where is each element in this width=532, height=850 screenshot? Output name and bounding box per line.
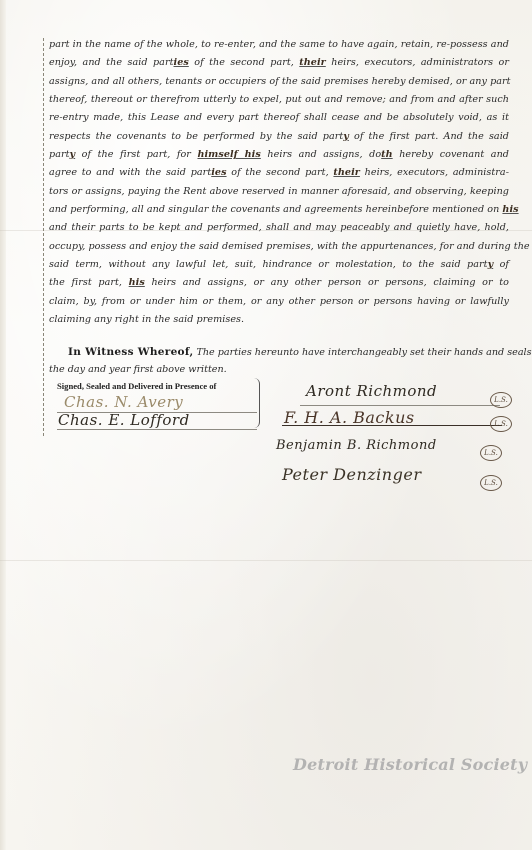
body-line: party of the first part, for himself his… — [49, 146, 509, 164]
seal-ls: L.S. — [490, 392, 512, 408]
printed-text: respects the covenants to be performed b… — [49, 131, 343, 142]
printed-text: heirs and assigns, do — [261, 149, 381, 160]
presence-label: Signed, Sealed and Delivered in Presence… — [57, 381, 216, 391]
body-line: respects the covenants to be performed b… — [49, 128, 509, 146]
body-line: the first part, his heirs and assigns, o… — [49, 274, 509, 292]
printed-text: occupy, possess and enjoy the said demis… — [49, 241, 530, 252]
printed-text: of — [493, 259, 509, 270]
printed-text: and their parts to be kept and performed… — [49, 222, 509, 233]
printed-text: agree to and with the said part — [49, 167, 211, 178]
body-line: occupy, possess and enjoy the said demis… — [49, 238, 509, 256]
printed-text: heirs, executors, administrators or — [326, 57, 509, 68]
body-line: enjoy, and the said parties of the secon… — [49, 54, 509, 72]
witness-clause: In Witness Whereof, The parties hereunto… — [68, 346, 510, 358]
party-signature: F. H. A. Backus — [284, 408, 415, 427]
body-line: tors or assigns, paying the Rent above r… — [49, 183, 509, 201]
printed-text: thereof, thereout or therefrom utterly t… — [49, 94, 509, 105]
body-line: said term, without any lawful let, suit,… — [49, 256, 509, 274]
printed-text: part in the name of the whole, to re-ent… — [49, 39, 509, 50]
handwritten-fill: himself his — [197, 149, 260, 160]
party-signature: Benjamin B. Richmond — [276, 438, 437, 453]
handwritten-fill: their — [333, 167, 359, 178]
signature-line — [300, 405, 500, 406]
lease-body-text: part in the name of the whole, to re-ent… — [49, 36, 509, 330]
seal-ls: L.S. — [490, 416, 512, 432]
printed-text: of the first part. And the said — [349, 131, 509, 142]
seal-ls: L.S. — [480, 445, 502, 461]
body-line: re-entry made, this Lease and every part… — [49, 109, 509, 127]
printed-text: the first part, — [49, 277, 129, 288]
printed-text: heirs and assigns, or any other person o… — [145, 277, 509, 288]
body-line: claiming any right in the said premises. — [49, 311, 509, 329]
handwritten-fill: th — [381, 149, 393, 160]
party-signature: Aront Richmond — [306, 382, 437, 400]
handwritten-fill: ies — [211, 167, 226, 178]
printed-text: claim, by, from or under him or them, or… — [49, 296, 509, 307]
body-line: thereof, thereout or therefrom utterly t… — [49, 91, 509, 109]
printed-text: assigns, and all others, tenants or occu… — [49, 76, 511, 87]
printed-text: enjoy, and the said part — [49, 57, 174, 68]
handwritten-fill: ies — [174, 57, 189, 68]
party-signature: Peter Denzinger — [282, 465, 421, 484]
witness-text: The parties hereunto have interchangeabl… — [196, 347, 531, 358]
witness-text-2: the day and year first above written. — [49, 364, 227, 375]
handwritten-fill: his — [129, 277, 145, 288]
printed-text: of the second part, — [227, 167, 334, 178]
printed-text: re-entry made, this Lease and every part… — [49, 112, 509, 123]
printed-text: of the second part, — [189, 57, 299, 68]
printed-text: said term, without any lawful let, suit,… — [49, 259, 488, 270]
body-line: assigns, and all others, tenants or occu… — [49, 73, 509, 91]
witness-signature: Chas. E. Lofford — [58, 411, 190, 429]
printed-text: heirs, executors, administra- — [360, 167, 509, 178]
body-line: and their parts to be kept and performed… — [49, 219, 509, 237]
paper-fold — [0, 560, 532, 561]
printed-text: claiming any right in the said premises. — [49, 314, 244, 325]
printed-text: part — [49, 149, 70, 160]
body-line: claim, by, from or under him or them, or… — [49, 293, 509, 311]
handwritten-fill: their — [299, 57, 325, 68]
witness-signature: Chas. N. Avery — [64, 393, 183, 411]
printed-text: hereby covenant and — [393, 149, 509, 160]
handwritten-fill: his — [502, 204, 518, 215]
body-line: agree to and with the said parties of th… — [49, 164, 509, 182]
seal-ls: L.S. — [480, 475, 502, 491]
page-edge — [0, 0, 6, 850]
printed-text: and performing, all and singular the cov… — [49, 204, 502, 215]
body-line: part in the name of the whole, to re-ent… — [49, 36, 509, 54]
witness-heading: In Witness Whereof, — [68, 346, 193, 358]
body-line: and performing, all and singular the cov… — [49, 201, 509, 219]
printed-text: of the first part, for — [75, 149, 197, 160]
printed-text: tors or assigns, paying the Rent above r… — [49, 186, 509, 197]
signature-line — [57, 429, 257, 430]
watermark: Detroit Historical Society — [293, 755, 527, 774]
